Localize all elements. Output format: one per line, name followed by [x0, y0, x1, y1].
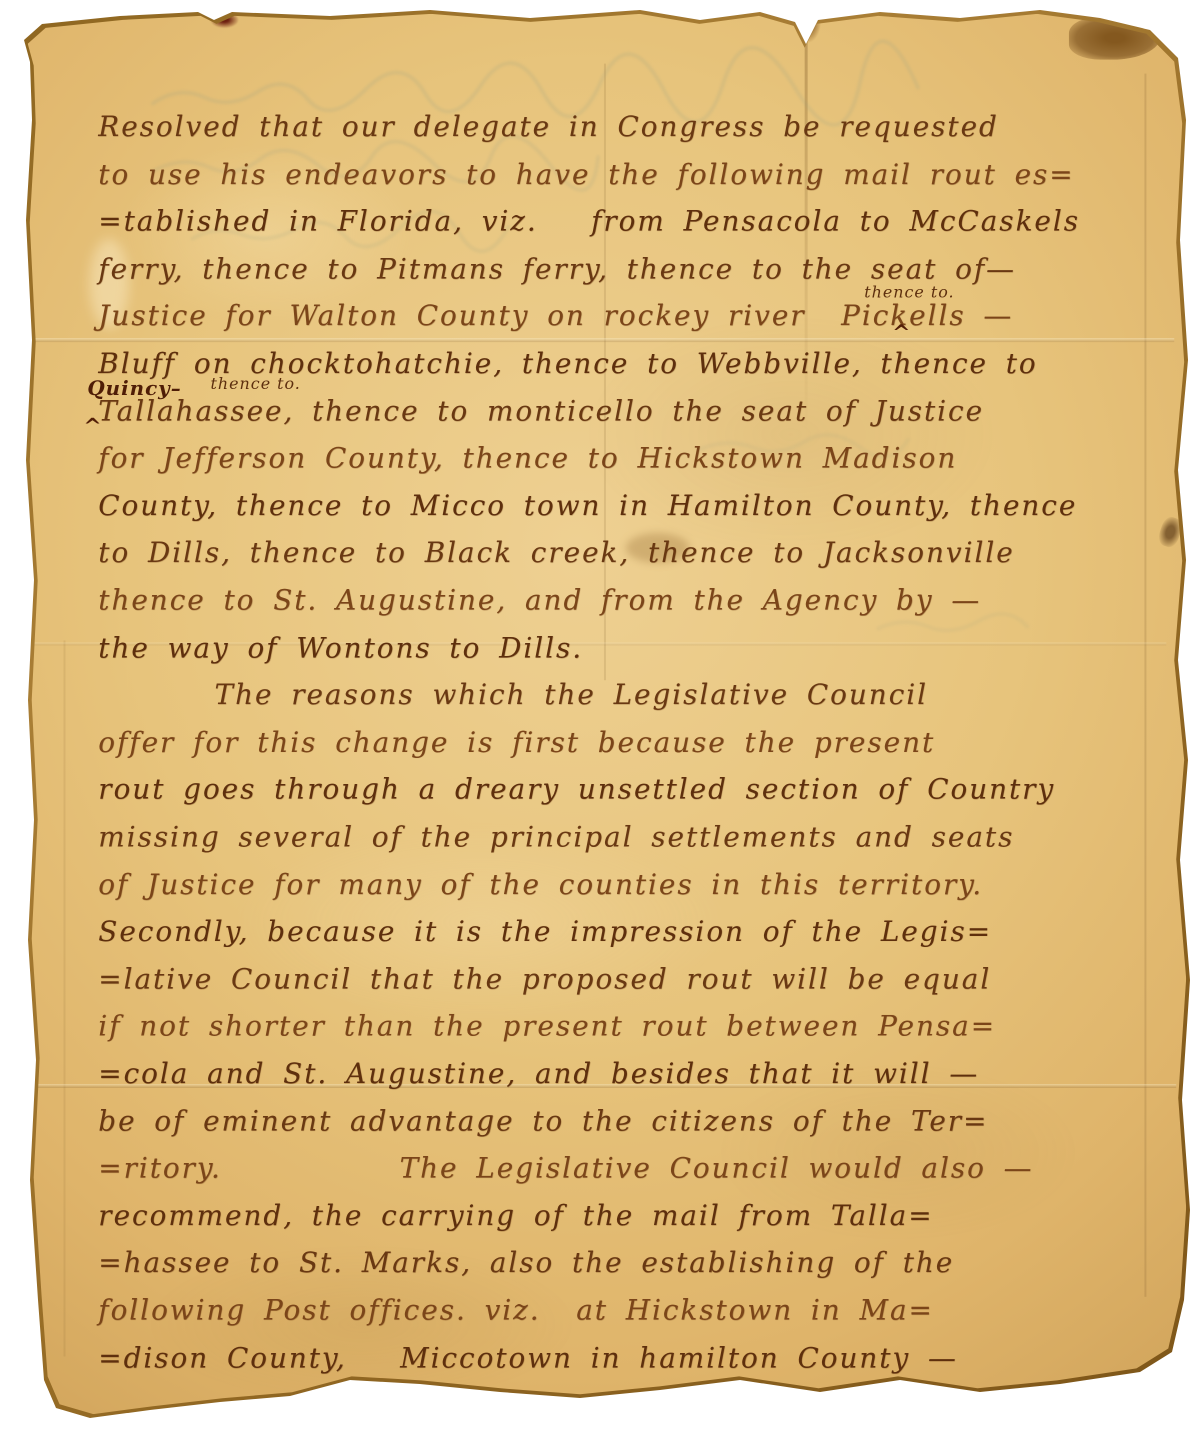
manuscript-line: to use his endeavors to have the followi…: [98, 153, 1074, 197]
manuscript-line: The reasons which the Legislative Counci…: [215, 673, 929, 717]
manuscript-line: rout goes through a dreary unsettled sec…: [98, 768, 1055, 812]
manuscript-line: Tallahassee, thence to monticello the se…: [98, 389, 984, 433]
interline-insertion-text: thence to.: [864, 282, 954, 301]
manuscript-line: to Dills, thence to Black creek, thence …: [98, 531, 1014, 575]
manuscript-text-block: Resolved that our delegate in Congress b…: [4, 4, 1196, 1439]
margin-insertion-text: thence to.: [211, 374, 301, 393]
margin-insertion-caret: ^: [83, 414, 101, 440]
margin-insertion-word: Quincy–: [87, 376, 181, 400]
manuscript-line: thence to St. Augustine, and from the Ag…: [98, 579, 981, 623]
manuscript-line: =cola and St. Augustine, and besides tha…: [98, 1052, 979, 1096]
manuscript-line: following Post offices. viz. at Hickstow…: [98, 1289, 934, 1333]
manuscript-photo: Resolved that our delegate in Congress b…: [0, 0, 1200, 1443]
manuscript-line: =dison County, Miccotown in hamilton Cou…: [98, 1336, 957, 1380]
manuscript-line: =lative Council that the proposed rout w…: [98, 957, 991, 1001]
interline-insertion-caret: ^: [892, 320, 910, 346]
manuscript-line: missing several of the principal settlem…: [98, 815, 1014, 859]
manuscript-line: if not shorter than the present rout bet…: [98, 1005, 996, 1049]
manuscript-line: for Jefferson County, thence to Hickstow…: [98, 437, 957, 481]
paper-sheet: Resolved that our delegate in Congress b…: [4, 4, 1196, 1439]
manuscript-line: =ritory. The Legislative Council would a…: [98, 1147, 1033, 1191]
manuscript-line: be of eminent advantage to the citizens …: [98, 1100, 988, 1144]
manuscript-line: of Justice for many of the counties in t…: [98, 863, 983, 907]
manuscript-line: offer for this change is first because t…: [98, 721, 935, 765]
manuscript-line: =hassee to St. Marks, also the establish…: [98, 1242, 954, 1286]
manuscript-line: =tablished in Florida, viz. from Pensaco…: [98, 200, 1080, 244]
manuscript-line: the way of Wontons to Dills.: [98, 626, 583, 670]
manuscript-line: Resolved that our delegate in Congress b…: [98, 105, 999, 149]
manuscript-line: recommend, the carrying of the mail from…: [98, 1194, 933, 1238]
manuscript-line: Secondly, because it is the impression o…: [98, 910, 992, 954]
manuscript-line: County, thence to Micco town in Hamilton…: [98, 484, 1077, 528]
